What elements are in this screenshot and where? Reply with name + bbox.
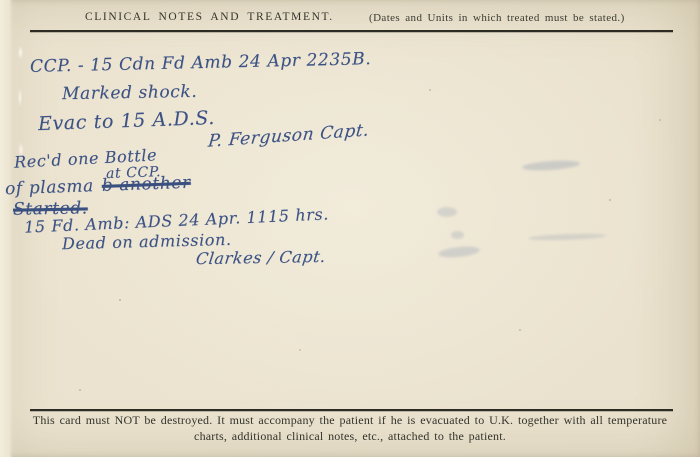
- card-left-edge: [0, 0, 13, 457]
- note-line-ccp-admission: CCP. - 15 Cdn Fd Amb 24 Apr 2235B.: [30, 49, 372, 77]
- ink-smudge: [437, 207, 457, 217]
- note-line-marked-shock: Marked shock.: [62, 82, 198, 104]
- footer-warning-line1: This card must NOT be destroyed. It must…: [0, 413, 700, 428]
- ink-smudge: [528, 233, 606, 242]
- bottom-rule: [30, 409, 673, 411]
- ink-smudge: [522, 159, 580, 172]
- note-line-of-plasma: of plasmab another: [5, 173, 191, 199]
- ink-smudge: [438, 245, 481, 259]
- ink-smudge: [451, 231, 464, 239]
- top-rule: [30, 30, 673, 32]
- signature-ferguson: P. Ferguson Capt.: [207, 120, 370, 151]
- note-struck-word: b another: [101, 173, 191, 196]
- card-header-note: (Dates and Units in which treated must b…: [369, 12, 625, 24]
- note-line-evac: Evac to 15 A.D.S.: [38, 107, 216, 135]
- signature-clarkes: Clarkes / Capt.: [195, 247, 327, 268]
- note-text-of-plasma: of plasma: [5, 176, 94, 199]
- footer-warning-line2: charts, additional clinical notes, etc.,…: [0, 429, 700, 444]
- card-title: CLINICAL NOTES AND TREATMENT.: [85, 11, 334, 23]
- clinical-notes-card: CLINICAL NOTES AND TREATMENT. (Dates and…: [0, 0, 700, 457]
